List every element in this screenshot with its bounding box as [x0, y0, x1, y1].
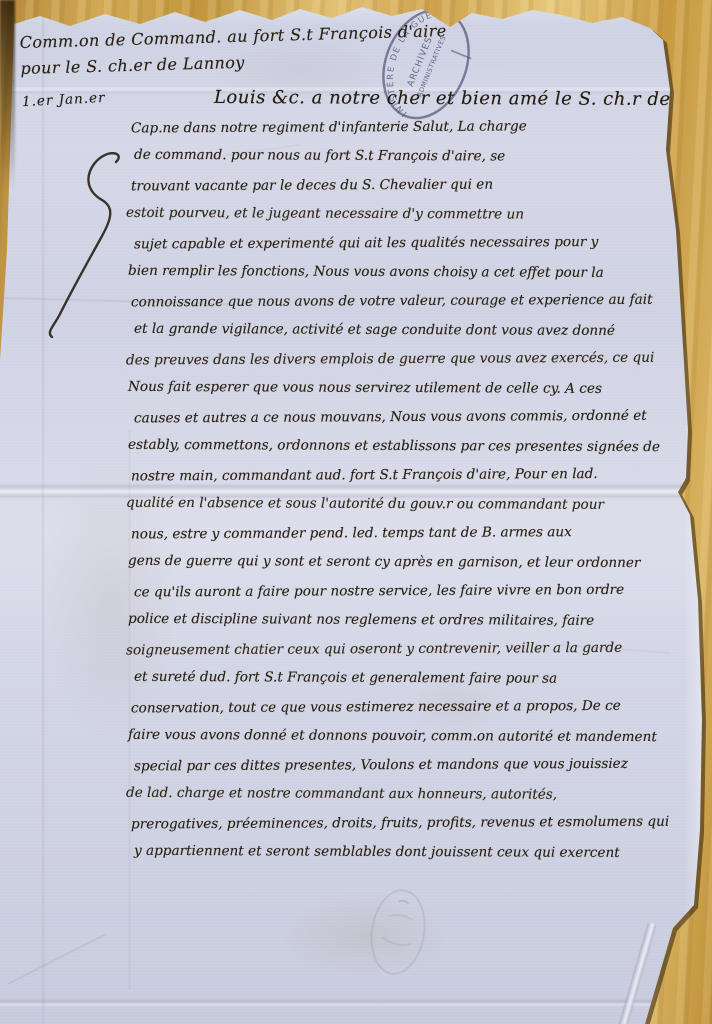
- fold-crease-bottom: [0, 998, 712, 1007]
- faint-stamp-bottom: [356, 882, 440, 982]
- text-line: estoit pourveu, et le jugeant necessaire…: [126, 199, 680, 230]
- ink-flourish: [30, 148, 140, 348]
- text-line: estably, commettons, ordonnons et establ…: [128, 431, 680, 462]
- archive-stamp: MINISTÈRE DE LA GUERRE ARCHIVES ADMINIST…: [360, 2, 496, 132]
- text-line: soigneusement chatier ceux qui oseront y…: [126, 634, 680, 666]
- manuscript-paper: Comm.on de Command. au fort S.t François…: [0, 0, 712, 1024]
- text-line: conservation, tout ce que vous estimerez…: [131, 692, 680, 724]
- photo-scene: Comm.on de Command. au fort S.t François…: [0, 0, 712, 1024]
- text-line: gens de guerre qui y sont et seront cy a…: [128, 547, 680, 578]
- text-line: y appartiennent et seront semblables don…: [134, 837, 680, 868]
- text-line: faire vous avons donné et donnons pouvoi…: [128, 721, 680, 752]
- text-line: et sureté dud. fort S.t François et gene…: [134, 663, 680, 694]
- text-line: prerogatives, préeminences, droits, frui…: [131, 808, 680, 840]
- body-text: Louis &c. a notre cher et bien amé le S.…: [128, 84, 680, 867]
- text-line: special par ces dittes presentes, Voulon…: [134, 750, 680, 782]
- text-line: nostre main, commandant aud. fort S.t Fr…: [131, 460, 680, 492]
- text-line: et la grande vigilance, activité et sage…: [134, 315, 680, 346]
- text-line: des preuves dans les divers emplois de g…: [126, 344, 680, 376]
- text-line: Nous fait esperer que vous nous servirez…: [128, 373, 680, 404]
- dark-edge-top-left: [0, 0, 15, 190]
- text-line: nous, estre y commander pend. led. temps…: [131, 518, 680, 550]
- text-line: connoissance que nous avons de votre val…: [131, 286, 680, 318]
- text-line: police et discipline suivant nos regleme…: [128, 605, 680, 636]
- text-line: de lad. charge et nostre commandant aux …: [126, 779, 680, 810]
- text-line: trouvant vacante par le deces du S. Chev…: [131, 170, 680, 202]
- margin-date-note: 1.er Jan.er: [22, 90, 106, 110]
- text-line: de command. pour nous au fort S.t Franço…: [134, 141, 680, 172]
- wrinkle-line: [8, 933, 107, 985]
- text-line: sujet capable et experimenté qui ait les…: [134, 228, 680, 260]
- text-line: causes et autres a ce nous mouvans, Nous…: [134, 402, 680, 434]
- text-line: qualité en l'absence et sous l'autorité …: [126, 489, 680, 520]
- text-line: bien remplir les fonctions, Nous vous av…: [128, 257, 680, 288]
- text-line: ce qu'ils auront a faire pour nostre ser…: [134, 576, 680, 608]
